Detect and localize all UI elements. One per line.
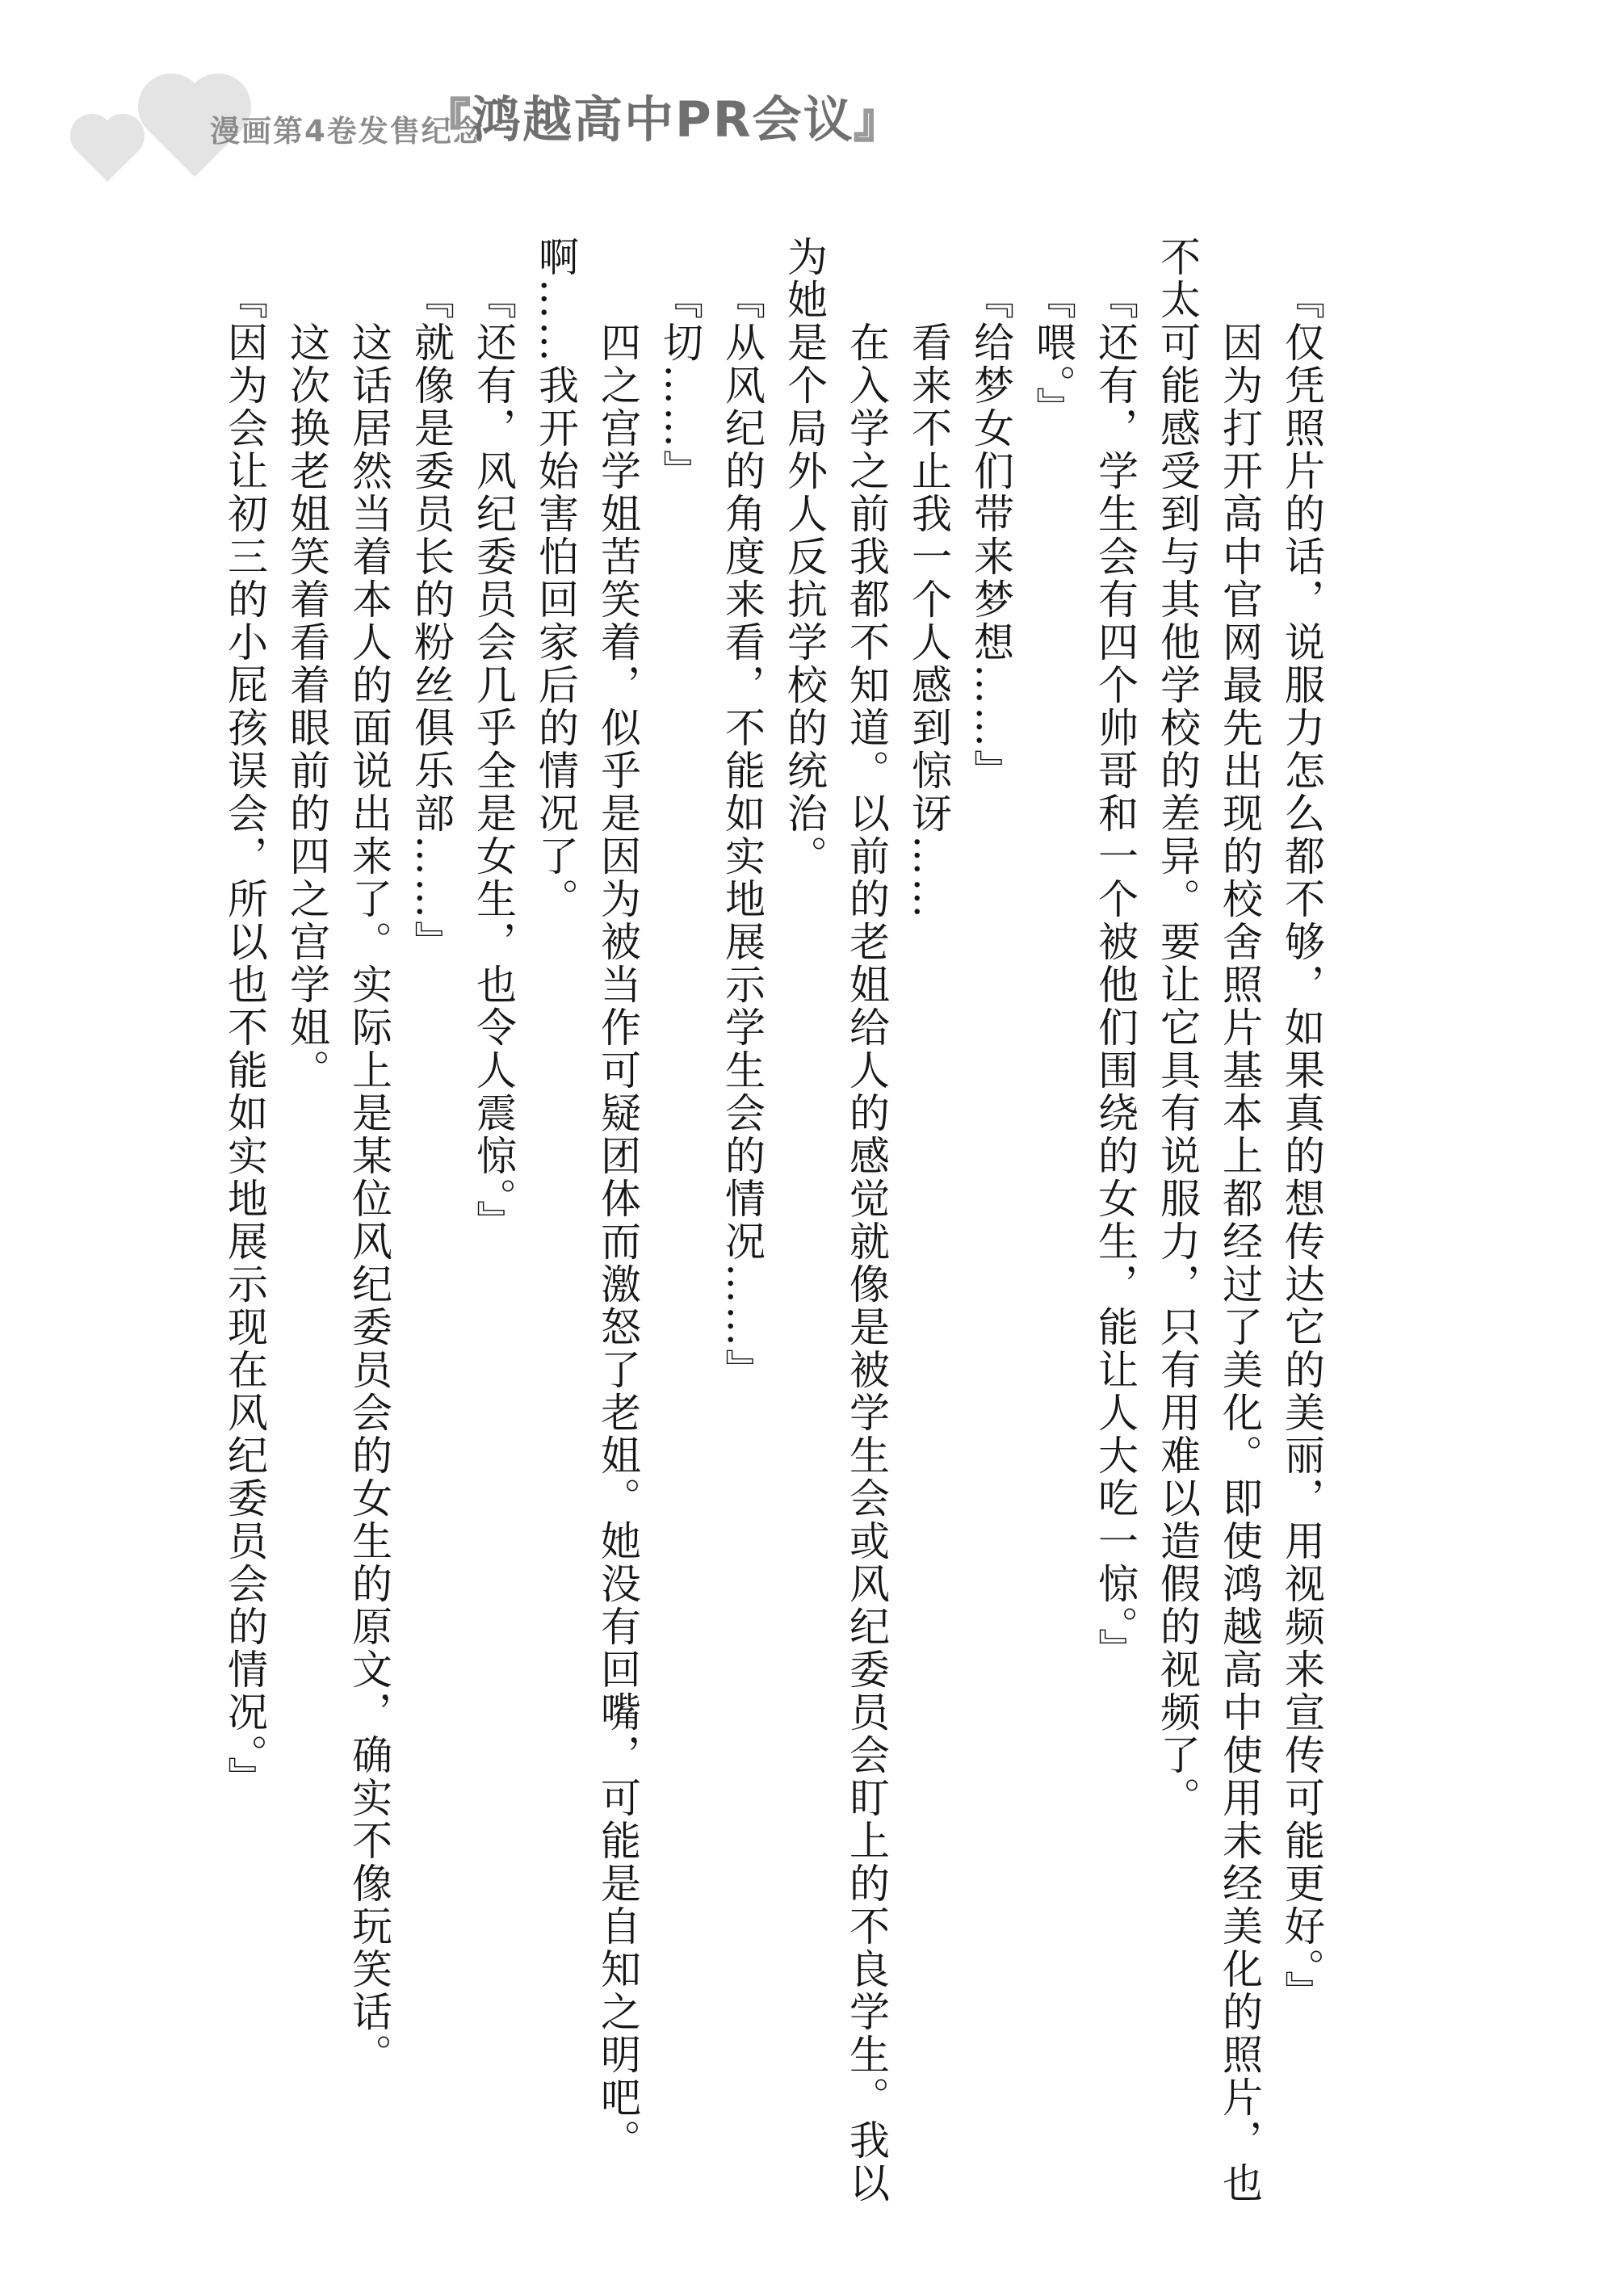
novel-line: 不太可能感受到与其他学校的差异。要让它具有说服力，只有用难以造假的视频了。 [1146,236,1208,2239]
novel-line: 在入学之前我都不知道。以前的老姐给人的感觉就像是被学生会或风纪委员会盯上的不良学… [835,236,897,2239]
novel-line: 『还有，学生会有四个帅哥和一个被他们围绕的女生，能让人大吃一惊。』 [1084,236,1146,2239]
novel-line: 『给梦女们带来梦想……』 [959,236,1021,2239]
novel-line: 这话居然当着本人的面说出来了。实际上是某位风纪委员会的女生的原文，确实不像玩笑话… [338,236,400,2239]
heart-icon [77,120,138,182]
page-title-text: 鸿越高中PR会议 [472,91,854,149]
novel-line: 这次换老姐笑着看着眼前的四之宫学姐。 [275,236,338,2239]
novel-text-body: 『仅凭照片的话，说服力怎么都不够，如果真的想传达它的美丽，用视频来宣传可能更好。… [213,236,1332,2239]
novel-line: 『切……』 [648,236,711,2239]
novel-line: 因为打开高中官网最先出现的校舍照片基本上都经过了美化。即使鸿越高中使用未经美化的… [1208,236,1270,2239]
novel-line: 『仅凭照片的话，说服力怎么都不够，如果真的想传达它的美丽，用视频来宣传可能更好。… [1270,236,1332,2239]
novel-line: 四之宫学姐苦笑着，似乎是因为被当作可疑团体而激怒了老姐。她没有回嘴，可能是自知之… [586,236,648,2239]
novel-line: 『从风纪的角度来看，不能如实地展示学生会的情况……』 [711,236,773,2239]
novel-line: 『因为会让初三的小屁孩误会，所以也不能如实地展示现在风纪委员会的情况。』 [213,236,275,2239]
novel-line: 为她是个局外人反抗学校的统治。 [773,236,835,2239]
close-bracket-decoration: 』 [854,95,901,148]
novel-line: 『就像是委员长的粉丝俱乐部……』 [400,236,462,2239]
page-header: 漫画第4卷发售纪念 『鸿越高中PR会议』 [71,74,798,187]
novel-line: 看来不止我一个人感到惊讶…… [897,236,959,2239]
novel-line: 『喂。』 [1021,236,1084,2239]
open-bracket-decoration: 『 [425,95,472,148]
page-title: 『鸿越高中PR会议』 [425,81,901,151]
novel-line: 啊……我开始害怕回家后的情况了。 [524,236,586,2239]
novel-line: 『还有，风纪委员会几乎全是女生，也令人震惊。』 [462,236,524,2239]
